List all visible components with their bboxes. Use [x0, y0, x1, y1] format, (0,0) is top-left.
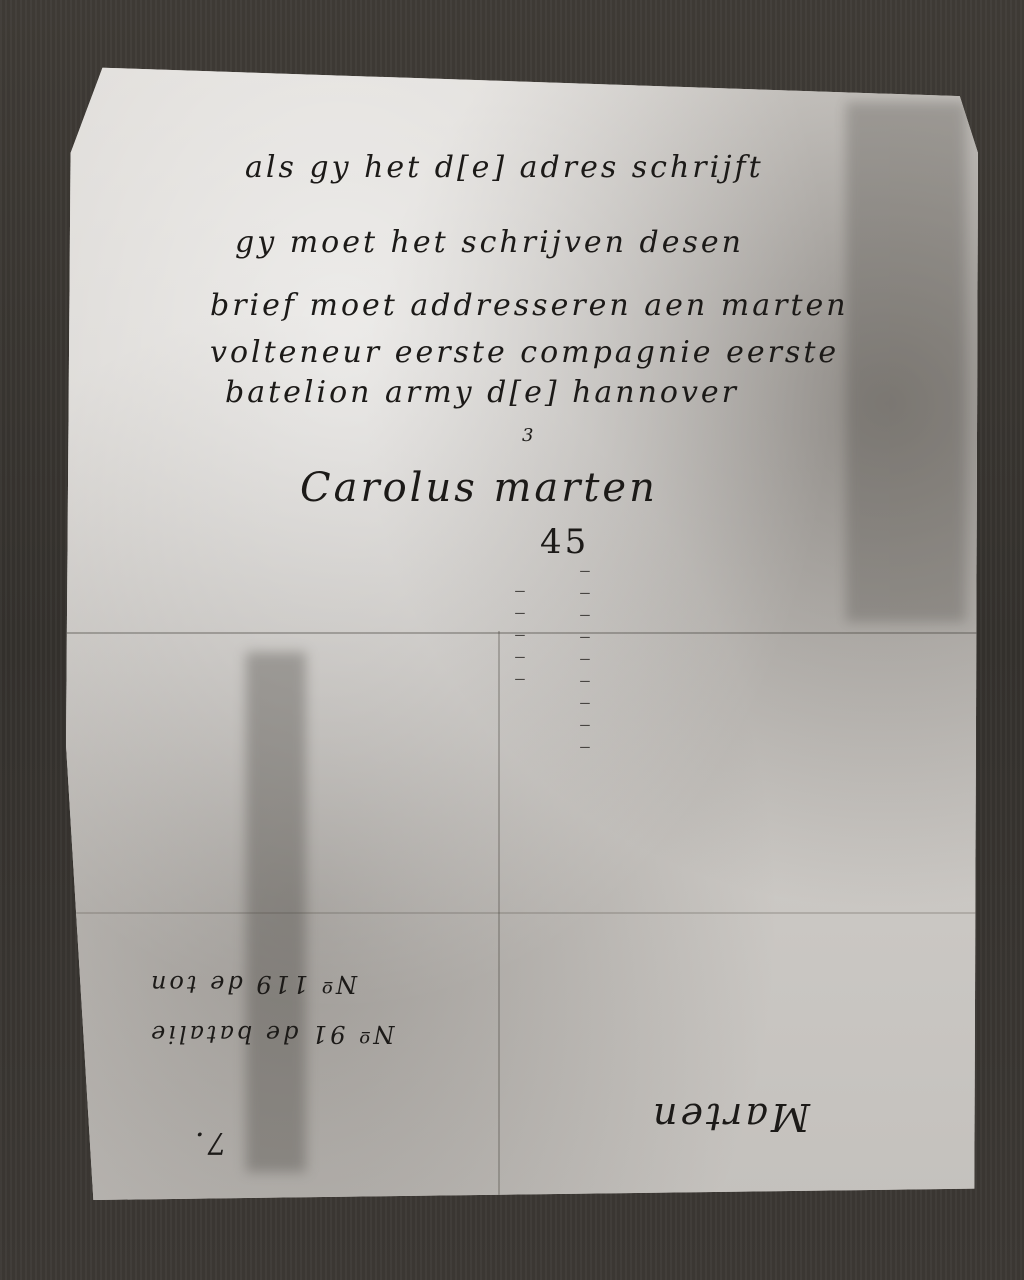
upside-down-signature: Marten — [650, 1095, 810, 1139]
shadow-stain — [846, 102, 966, 622]
letter-line-1: als gy het d[e] adres schrijft — [245, 150, 764, 185]
water-stain — [246, 652, 306, 1172]
letter-line-2: gy moet het schrijven desen — [235, 225, 744, 260]
ledger-marks-left: ––––– — [515, 580, 525, 690]
signature-superscript: 3 — [522, 425, 536, 446]
upside-down-note-2: Nº 91 de batalie — [148, 1020, 394, 1048]
upside-down-note-1: Nº 119 de ton — [148, 970, 357, 998]
signature-number: 45 — [540, 522, 589, 562]
upside-down-mark: 7. — [192, 1125, 227, 1160]
letter-line-5: batelion army d[e] hannover — [225, 375, 739, 410]
letter-line-3: brief moet addresseren aen marten — [210, 288, 849, 323]
ledger-marks-right: ––––––––– — [580, 560, 590, 758]
letter-line-4: volteneur eerste compagnie eerste — [210, 335, 839, 370]
signature-name: Carolus marten — [300, 465, 658, 511]
fold-line-horizontal-lower — [66, 912, 978, 914]
fold-line-vertical — [498, 631, 500, 1200]
